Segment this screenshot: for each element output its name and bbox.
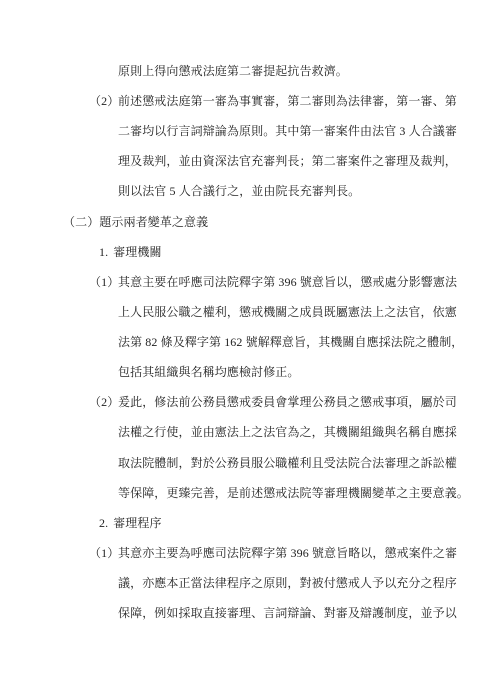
doc-line: 取法院體制，對於公務員服公職權利且受法院合法審理之訴訟權 xyxy=(118,455,457,471)
line-text: 取法院體制，對於公務員服公職權利且受法院合法審理之訴訟權 xyxy=(118,456,457,470)
item-label: （二） xyxy=(63,215,99,229)
line-text: 法權之行使，並由憲法上之法官為之，其機關組織與名稱自應採 xyxy=(118,425,457,439)
doc-heading-level2: （二）題示兩者變革之意義 xyxy=(63,214,208,230)
item-label: 2. xyxy=(99,516,108,530)
line-text: 等保障，更臻完善，是前述懲戒法院等審理機關變革之主要意義。 xyxy=(118,486,469,500)
line-text: 其意亦主要為呼應司法院釋字第 396 號意旨略以，懲戒案件之審 xyxy=(118,546,457,560)
doc-line: 包括其組織與名稱均應檢討修正。 xyxy=(118,364,300,380)
doc-line: （2）爰此，修法前公務員懲戒委員會掌理公務員之懲戒事項，屬於司 xyxy=(118,394,457,410)
line-text: 審理程序 xyxy=(113,516,161,530)
doc-line: （1）其意亦主要為呼應司法院釋字第 396 號意旨略以，懲戒案件之審 xyxy=(118,545,457,561)
doc-line: 原則上得向懲戒法庭第二審提起抗告救濟。 xyxy=(118,63,348,79)
line-text: 題示兩者變革之意義 xyxy=(99,215,208,229)
item-label: （1） xyxy=(89,545,119,561)
line-text: 則以法官 5 人合議行之，並由院長充審判長。 xyxy=(118,184,360,198)
document-page: 原則上得向懲戒法庭第二審提起抗告救濟。 （2）前述懲戒法庭第一審為事實審，第二審… xyxy=(0,0,495,700)
item-label: （2） xyxy=(89,394,119,410)
line-text: 議，亦應本正當法律程序之原則，對被付懲戒人予以充分之程序 xyxy=(118,576,457,590)
doc-line: 法權之行使，並由憲法上之法官為之，其機關組織與名稱自應採 xyxy=(118,424,457,440)
line-text: 保障，例如採取直接審理、言詞辯論、對審及辯護制度，並予以 xyxy=(118,606,457,620)
doc-line: 法第 82 條及釋字第 162 號解釋意旨，其機關自應採法院之體制， xyxy=(118,334,463,350)
doc-line: 則以法官 5 人合議行之，並由院長充審判長。 xyxy=(118,183,360,199)
line-text: 二審均以行言詞辯論為原則。其中第一審案件由法官 3 人合議審 xyxy=(118,124,457,138)
line-text: 爰此，修法前公務員懲戒委員會掌理公務員之懲戒事項，屬於司 xyxy=(118,395,457,409)
doc-line: 二審均以行言詞辯論為原則。其中第一審案件由法官 3 人合議審 xyxy=(118,123,457,139)
doc-line: 議，亦應本正當法律程序之原則，對被付懲戒人予以充分之程序 xyxy=(118,575,457,591)
doc-heading-numbered: 1.審理機關 xyxy=(99,244,162,260)
line-text: 審理機關 xyxy=(113,245,161,259)
line-text: 包括其組織與名稱均應檢討修正。 xyxy=(118,365,300,379)
line-text: 前述懲戒法庭第一審為事實審，第二審則為法律審，第一審、第 xyxy=(118,94,457,108)
item-label: （2） xyxy=(89,93,119,109)
item-label: （1） xyxy=(89,274,119,290)
line-text: 原則上得向懲戒法庭第二審提起抗告救濟。 xyxy=(118,64,348,78)
doc-line: （2）前述懲戒法庭第一審為事實審，第二審則為法律審，第一審、第 xyxy=(118,93,457,109)
line-text: 法第 82 條及釋字第 162 號解釋意旨，其機關自應採法院之體制， xyxy=(118,335,463,349)
doc-line: 等保障，更臻完善，是前述懲戒法院等審理機關變革之主要意義。 xyxy=(118,485,469,501)
line-text: 其意主要在呼應司法院釋字第 396 號意旨以，懲戒處分影響憲法 xyxy=(118,275,457,289)
doc-line: 上人民服公職之權利，懲戒機關之成員既屬憲法上之法官，依憲 xyxy=(118,304,457,320)
line-text: 上人民服公職之權利，懲戒機關之成員既屬憲法上之法官，依憲 xyxy=(118,305,457,319)
doc-line: （1）其意主要在呼應司法院釋字第 396 號意旨以，懲戒處分影響憲法 xyxy=(118,274,457,290)
line-text: 理及裁判，並由資深法官充審判長；第二審案件之審理及裁判， xyxy=(118,154,457,168)
item-label: 1. xyxy=(99,245,108,259)
doc-line: 理及裁判，並由資深法官充審判長；第二審案件之審理及裁判， xyxy=(118,153,457,169)
doc-line: 保障，例如採取直接審理、言詞辯論、對審及辯護制度，並予以 xyxy=(118,605,457,621)
doc-heading-numbered: 2.審理程序 xyxy=(99,515,162,531)
